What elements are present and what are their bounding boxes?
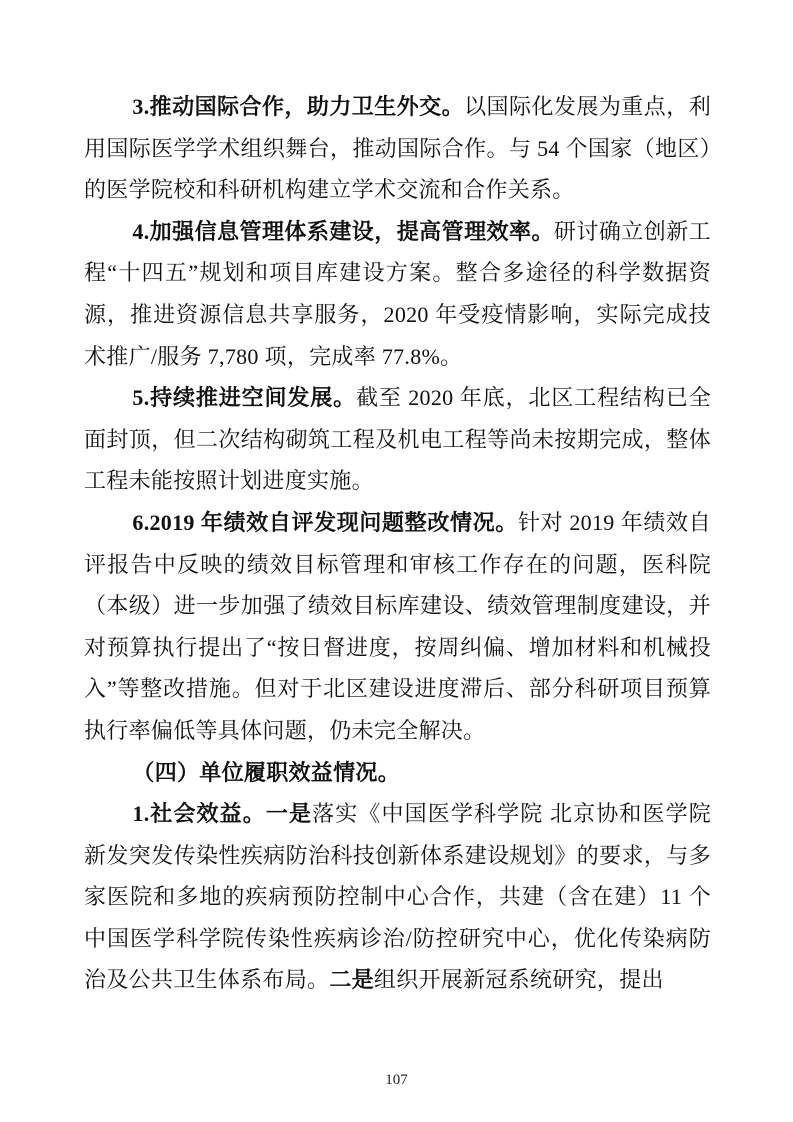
page-number: 107	[0, 1072, 793, 1089]
paragraph: 6.2019 年绩效自评发现问题整改情况。针对 2019 年绩效自评报告中反映的…	[84, 502, 711, 752]
document-body: 3.推动国际合作，助力卫生外交。以国际化发展为重点，利用国际医学学术组织舞台，推…	[84, 86, 711, 1001]
paragraph-lead-text: （四）单位履职效益情况。	[132, 760, 400, 785]
paragraph-lead-text: 1.社会效益。一是	[132, 801, 312, 826]
paragraph: 1.社会效益。一是落实《中国医学科学院 北京协和医学院新发突发传染性疾病防治科技…	[84, 793, 711, 1001]
paragraph-lead-text: 5.持续推进空间发展。	[132, 385, 356, 410]
paragraph-lead-text: 4.加强信息管理体系建设，提高管理效率。	[132, 219, 554, 244]
document-page: 3.推动国际合作，助力卫生外交。以国际化发展为重点，利用国际医学学术组织舞台，推…	[0, 0, 793, 1122]
paragraph-body-text: 落实《中国医学科学院 北京协和医学院新发突发传染性疾病防治科技创新体系建设规划》…	[84, 801, 711, 992]
paragraph-lead-text: 6.2019 年绩效自评发现问题整改情况。	[132, 510, 518, 535]
paragraph: 3.推动国际合作，助力卫生外交。以国际化发展为重点，利用国际医学学术组织舞台，推…	[84, 86, 711, 211]
section-heading: （四）单位履职效益情况。	[84, 752, 711, 794]
paragraph-body-text: 针对 2019 年绩效自评报告中反映的绩效目标管理和审核工作存在的问题，医科院（…	[84, 510, 711, 743]
paragraph-body-text: 组织开展新冠系统研究，提出	[374, 967, 664, 992]
paragraph-lead-text: 二是	[329, 967, 374, 992]
paragraph-lead-text: 3.推动国际合作，助力卫生外交。	[132, 94, 464, 119]
paragraph: 5.持续推进空间发展。截至 2020 年底，北区工程结构已全面封顶，但二次结构砌…	[84, 377, 711, 502]
paragraph: 4.加强信息管理体系建设，提高管理效率。研讨确立创新工程“十四五”规划和项目库建…	[84, 211, 711, 377]
